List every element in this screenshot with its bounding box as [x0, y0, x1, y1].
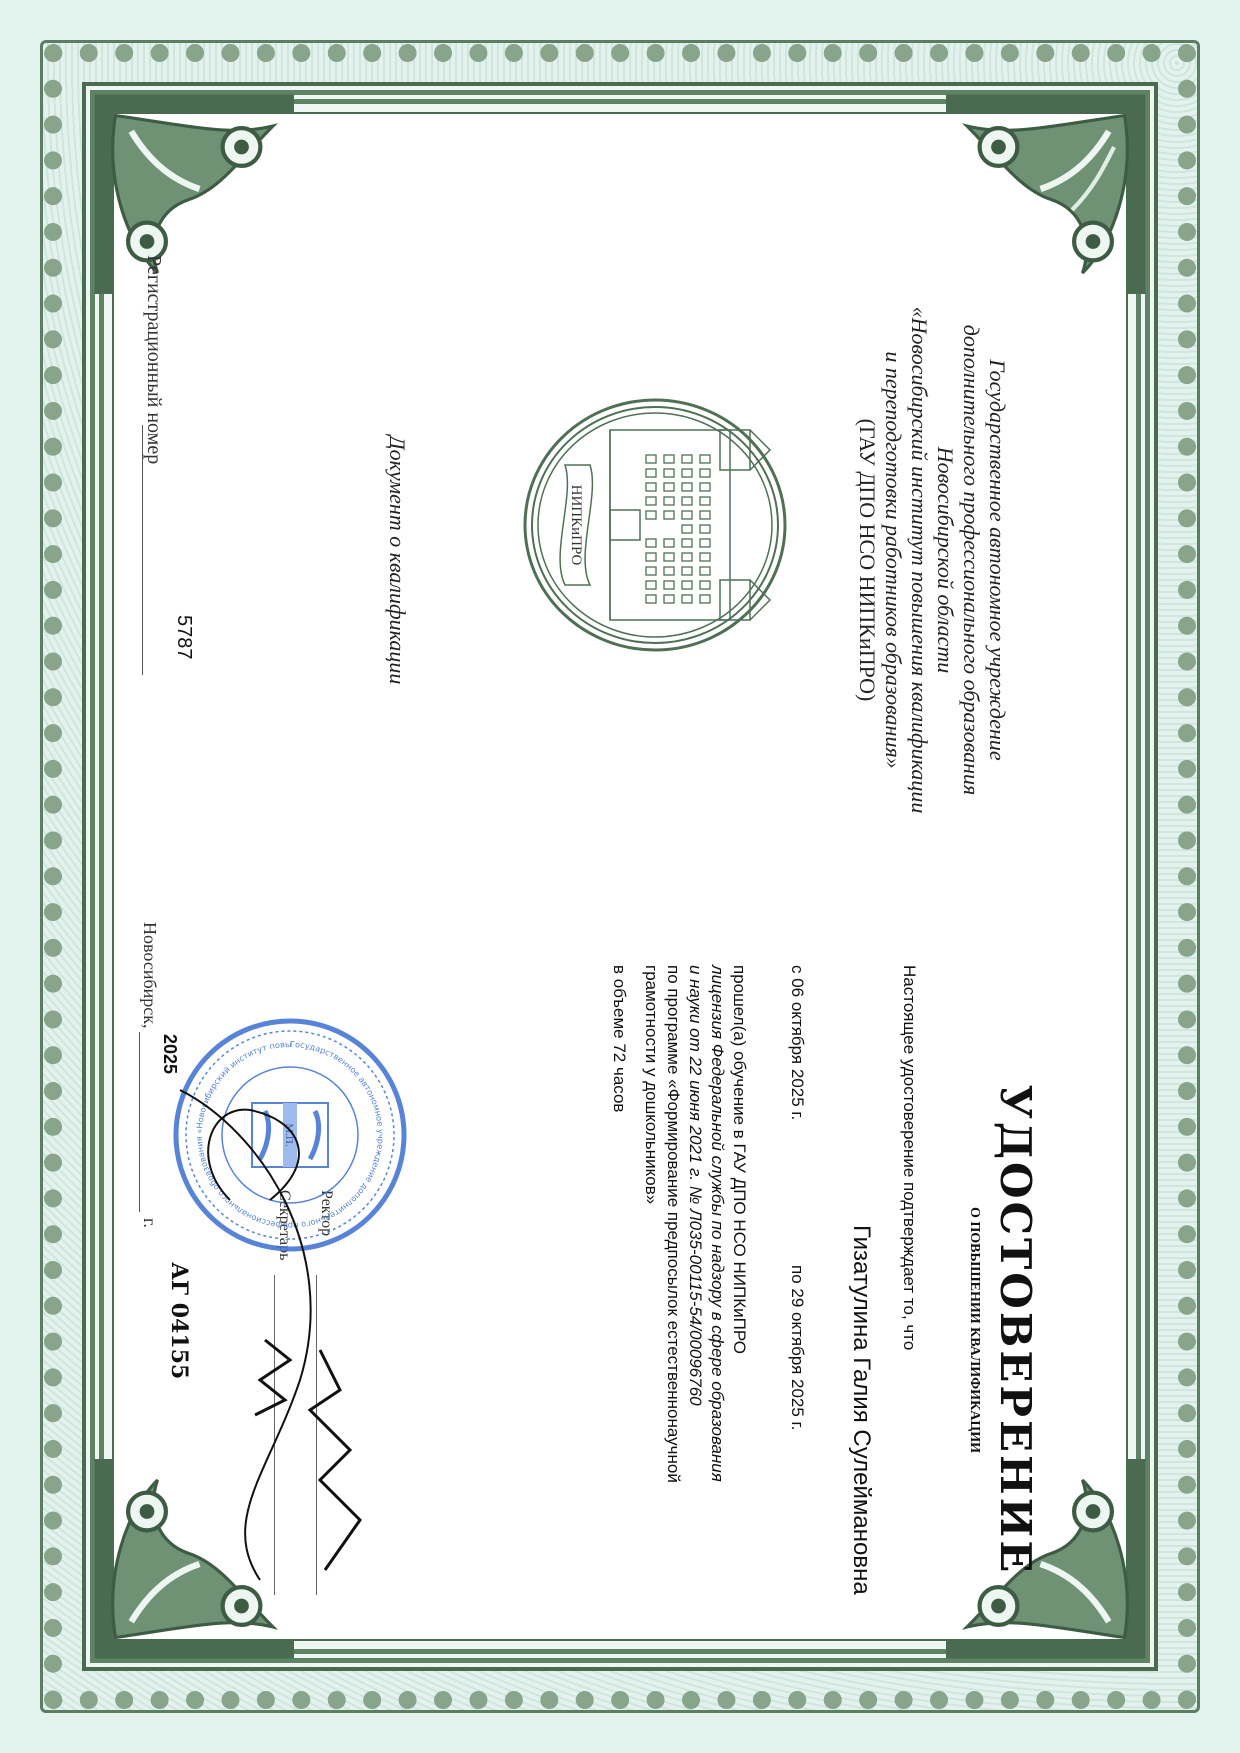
- org-line: (ГАУ ДПО НСО НИПКиПРО): [854, 270, 880, 850]
- org-line: и переподготовки работников образования»: [880, 270, 906, 850]
- program-line: по программе «Формирование предпосылок е…: [662, 965, 684, 1483]
- confirm-text: Настоящее удостоверение подтверждает то,…: [898, 965, 920, 1350]
- organization-name: Государственное автономное учреждение до…: [854, 270, 1010, 850]
- registration-row: Регистрационный номер 5787: [142, 255, 165, 675]
- date-from: с 06 октября 2025 г.: [786, 965, 808, 1120]
- org-line: Новосибирской области: [932, 270, 958, 850]
- registration-number: 5787: [172, 615, 195, 660]
- director-signature-line: [316, 1275, 317, 1595]
- institute-logo-icon: НИПКиПРО: [520, 395, 790, 655]
- license-line: лицензия Федеральной службы по надзору в…: [706, 965, 728, 1482]
- recipient-name: Гизатулина Галия Сулеймановна: [850, 1225, 872, 1595]
- city-name: Новосибирск,: [140, 922, 160, 1028]
- certificate-page: Государственное автономное учреждение до…: [0, 0, 1240, 1753]
- place-date-row: Новосибирск, 2025 г.: [139, 922, 160, 1252]
- svg-text:Государственное автономное учр: Государственное автономное учреждение до…: [194, 1015, 410, 1231]
- official-stamp-icon: Государственное автономное учреждение до…: [170, 1015, 410, 1255]
- certificate-title: УДОСТОВЕРЕНИЕ: [991, 1040, 1040, 1620]
- year-suffix: г.: [139, 1218, 160, 1228]
- corner-ornament-icon: [946, 84, 1156, 294]
- date-to: по 29 октября 2025 г.: [786, 1265, 808, 1430]
- registration-label: Регистрационный номер: [143, 255, 165, 464]
- secretary-signature-line: [274, 1275, 275, 1595]
- certificate-subtitle: О ПОВЫШЕНИИ КВАЛИФИКАЦИИ: [966, 1040, 982, 1620]
- license-line: и науки от 22 июня 2021 г. № Л035-00115-…: [684, 965, 706, 1406]
- stamp-text: Государственное автономное учреждение до…: [194, 1015, 410, 1231]
- document-label: Документ о квалификации: [384, 270, 410, 850]
- org-line: дополнительного профессионального образо…: [958, 270, 984, 850]
- date-line: [139, 1032, 140, 1212]
- blank-series-number: АГ 04155: [166, 1262, 192, 1379]
- issue-year: 2025: [159, 1034, 180, 1074]
- corner-ornament-icon: [84, 84, 294, 294]
- studied-text: прошел(а) обучение в ГАУ ДПО НСО НИПКиПР…: [728, 965, 750, 1354]
- logo-ribbon-text: НИПКиПРО: [568, 485, 584, 566]
- stamp-mp-label: М.П.: [283, 1123, 295, 1146]
- org-line: Государственное автономное учреждение: [984, 270, 1010, 850]
- org-line: «Новосибирский институт повышения квалиф…: [906, 270, 932, 850]
- program-line: грамотности у дошкольников»: [640, 965, 662, 1204]
- registration-line: [142, 425, 143, 675]
- hours-text: в объеме 72 часов: [608, 965, 630, 1112]
